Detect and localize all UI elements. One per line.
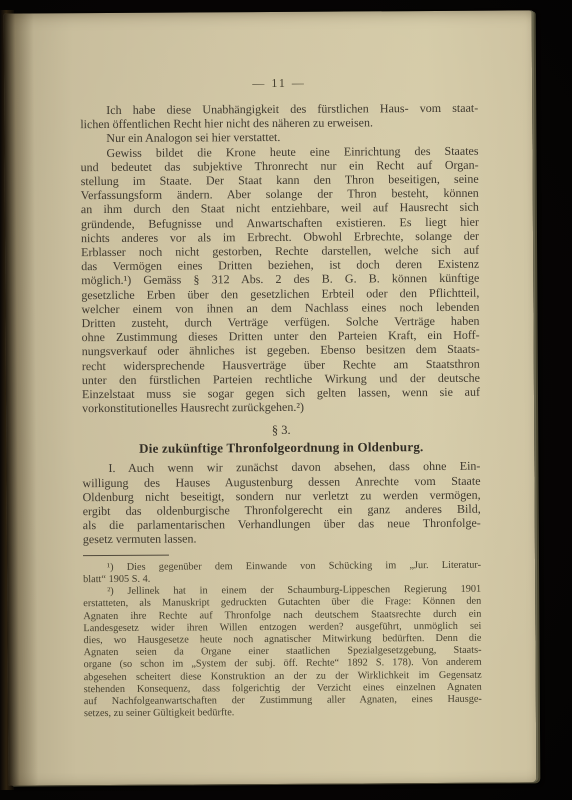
footnotes: ¹) Dies gegenüber dem Einwande von Schüc… <box>83 559 482 720</box>
book-page: — 11 — Ich habe diese Unabhängigkeit des… <box>4 10 537 785</box>
section-mark: § 3. <box>82 422 480 439</box>
text-line: auf Nachfolgeanwartschaften der Zustimmu… <box>84 694 482 709</box>
paragraph: I. Auch wenn wir zunächst davon absehen,… <box>82 459 481 547</box>
paragraph: Ich habe diese Unabhängigkeit des fürstl… <box>80 101 478 132</box>
footnote: ¹) Dies gegenüber dem Einwande von Schüc… <box>83 559 481 586</box>
section-body: I. Auch wenn wir zunächst davon absehen,… <box>82 459 481 547</box>
photo-background: — 11 — Ich habe diese Unabhängigkeit des… <box>0 0 572 800</box>
text-line: setzes, zu seiner Gültigkeit bedürfte. <box>84 706 482 721</box>
text-line: gesetz vermuten lassen. <box>83 530 481 547</box>
page-number: — 11 — <box>80 75 478 91</box>
footnote-separator <box>83 554 169 556</box>
footnote: ²) Jellinek hat in einem der Schaumburg-… <box>83 584 482 721</box>
section-title: Die zukünftige Thronfolgeordnung in Olde… <box>82 439 480 457</box>
paragraph: Gewiss bildet die Krone heute eine Einri… <box>80 143 480 415</box>
body-text: Ich habe diese Unabhängigkeit des fürstl… <box>80 101 480 416</box>
text-line: ¹) Dies gegenüber dem Einwande von Schüc… <box>83 559 481 574</box>
text-line: Einzelstaat muss sie sogar gegen sich ge… <box>82 385 480 402</box>
text-line: Ich habe diese Unabhängigkeit des fürstl… <box>80 101 478 118</box>
text-line: vorkonstitutionelles Hausrecht zurückgeh… <box>82 399 480 416</box>
text-column: — 11 — Ich habe diese Unabhängigkeit des… <box>80 11 483 785</box>
